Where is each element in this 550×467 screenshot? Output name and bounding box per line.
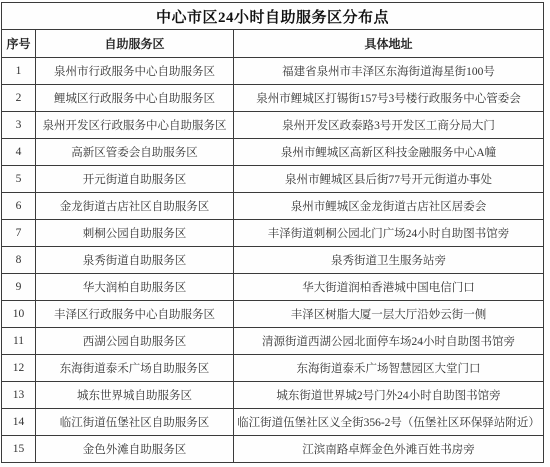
table-row: 3泉州开发区行政服务中心自助服务区泉州开发区政泰路3号开发区工商分局大门 (2, 112, 544, 139)
column-header-address: 具体地址 (234, 30, 544, 58)
address-cell: 泉秀街道卫生服务站旁 (234, 247, 544, 274)
service-area-cell: 西湖公园自助服务区 (36, 328, 234, 355)
row-number-cell: 15 (2, 436, 36, 463)
service-area-table: 中心市区24小时自助服务区分布点 序号 自助服务区 具体地址 1泉州市行政服务中… (1, 2, 544, 463)
row-number-cell: 12 (2, 355, 36, 382)
table-row: 7刺桐公园自助服务区丰泽街道刺桐公园北门广场24小时自助图书馆旁 (2, 220, 544, 247)
table-row: 4高新区管委会自助服务区泉州市鲤城区高新区科技金融服务中心A幢 (2, 139, 544, 166)
service-area-cell: 金龙街道古店社区自助服务区 (36, 193, 234, 220)
address-cell: 泉州开发区政泰路3号开发区工商分局大门 (234, 112, 544, 139)
row-number-cell: 5 (2, 166, 36, 193)
service-area-cell: 刺桐公园自助服务区 (36, 220, 234, 247)
service-area-cell: 临江街道伍堡社区自助服务区 (36, 409, 234, 436)
address-cell: 泉州市鲤城区县后街77号开元街道办事处 (234, 166, 544, 193)
address-cell: 泉州市鲤城区高新区科技金融服务中心A幢 (234, 139, 544, 166)
address-cell: 泉州市鲤城区金龙街道古店社区居委会 (234, 193, 544, 220)
column-header-service-area: 自助服务区 (36, 30, 234, 58)
table-row: 11西湖公园自助服务区清源街道西湖公园北面停车场24小时自助图书馆旁 (2, 328, 544, 355)
address-cell: 清源街道西湖公园北面停车场24小时自助图书馆旁 (234, 328, 544, 355)
service-area-cell: 城东世界城自助服务区 (36, 382, 234, 409)
table-row: 6金龙街道古店社区自助服务区泉州市鲤城区金龙街道古店社区居委会 (2, 193, 544, 220)
table-title: 中心市区24小时自助服务区分布点 (2, 3, 544, 30)
service-area-cell: 鲤城区行政服务中心自助服务区 (36, 85, 234, 112)
table-row: 2鲤城区行政服务中心自助服务区泉州市鲤城区打锡街157号3号楼行政服务中心管委会 (2, 85, 544, 112)
address-cell: 东海街道泰禾广场智慧园区大堂门口 (234, 355, 544, 382)
address-cell: 福建省泉州市丰泽区东海街道海星街100号 (234, 58, 544, 85)
table-row: 15金色外滩自助服务区江滨南路卓辉金色外滩百姓书房旁 (2, 436, 544, 463)
row-number-cell: 1 (2, 58, 36, 85)
service-area-cell: 高新区管委会自助服务区 (36, 139, 234, 166)
service-area-cell: 开元街道自助服务区 (36, 166, 234, 193)
address-cell: 华大街道润柏香港城中国电信门口 (234, 274, 544, 301)
page: 中心市区24小时自助服务区分布点 序号 自助服务区 具体地址 1泉州市行政服务中… (0, 0, 550, 467)
table-row: 9华大润柏自助服务区华大街道润柏香港城中国电信门口 (2, 274, 544, 301)
row-number-cell: 13 (2, 382, 36, 409)
service-area-cell: 泉州市行政服务中心自助服务区 (36, 58, 234, 85)
row-number-cell: 14 (2, 409, 36, 436)
address-cell: 城东街道世界城2号门外24小时自助图书馆旁 (234, 382, 544, 409)
table-row: 8泉秀街道自助服务区泉秀街道卫生服务站旁 (2, 247, 544, 274)
address-cell: 江滨南路卓辉金色外滩百姓书房旁 (234, 436, 544, 463)
table-row: 5开元街道自助服务区泉州市鲤城区县后街77号开元街道办事处 (2, 166, 544, 193)
service-area-cell: 泉秀街道自助服务区 (36, 247, 234, 274)
row-number-cell: 11 (2, 328, 36, 355)
row-number-cell: 3 (2, 112, 36, 139)
table-row: 12东海街道泰禾广场自助服务区东海街道泰禾广场智慧园区大堂门口 (2, 355, 544, 382)
address-cell: 丰泽区树脂大厦一层大厅沿妙云街一侧 (234, 301, 544, 328)
row-number-cell: 2 (2, 85, 36, 112)
address-cell: 临江街道伍堡社区义全街356-2号（伍堡社区环保驿站附近） (234, 409, 544, 436)
service-area-cell: 东海街道泰禾广场自助服务区 (36, 355, 234, 382)
row-number-cell: 7 (2, 220, 36, 247)
service-area-cell: 丰泽区行政服务中心自助服务区 (36, 301, 234, 328)
service-area-cell: 金色外滩自助服务区 (36, 436, 234, 463)
table-title-row: 中心市区24小时自助服务区分布点 (2, 3, 544, 30)
table-row: 13城东世界城自助服务区城东街道世界城2号门外24小时自助图书馆旁 (2, 382, 544, 409)
row-number-cell: 6 (2, 193, 36, 220)
row-number-cell: 10 (2, 301, 36, 328)
row-number-cell: 4 (2, 139, 36, 166)
table-body: 1泉州市行政服务中心自助服务区福建省泉州市丰泽区东海街道海星街100号2鲤城区行… (2, 58, 544, 463)
table-row: 10丰泽区行政服务中心自助服务区丰泽区树脂大厦一层大厅沿妙云街一侧 (2, 301, 544, 328)
service-area-cell: 华大润柏自助服务区 (36, 274, 234, 301)
row-number-cell: 8 (2, 247, 36, 274)
row-number-cell: 9 (2, 274, 36, 301)
service-area-cell: 泉州开发区行政服务中心自助服务区 (36, 112, 234, 139)
column-header-no: 序号 (2, 30, 36, 58)
table-header-row: 序号 自助服务区 具体地址 (2, 30, 544, 58)
address-cell: 泉州市鲤城区打锡街157号3号楼行政服务中心管委会 (234, 85, 544, 112)
table-row: 1泉州市行政服务中心自助服务区福建省泉州市丰泽区东海街道海星街100号 (2, 58, 544, 85)
address-cell: 丰泽街道刺桐公园北门广场24小时自助图书馆旁 (234, 220, 544, 247)
table-row: 14临江街道伍堡社区自助服务区临江街道伍堡社区义全街356-2号（伍堡社区环保驿… (2, 409, 544, 436)
